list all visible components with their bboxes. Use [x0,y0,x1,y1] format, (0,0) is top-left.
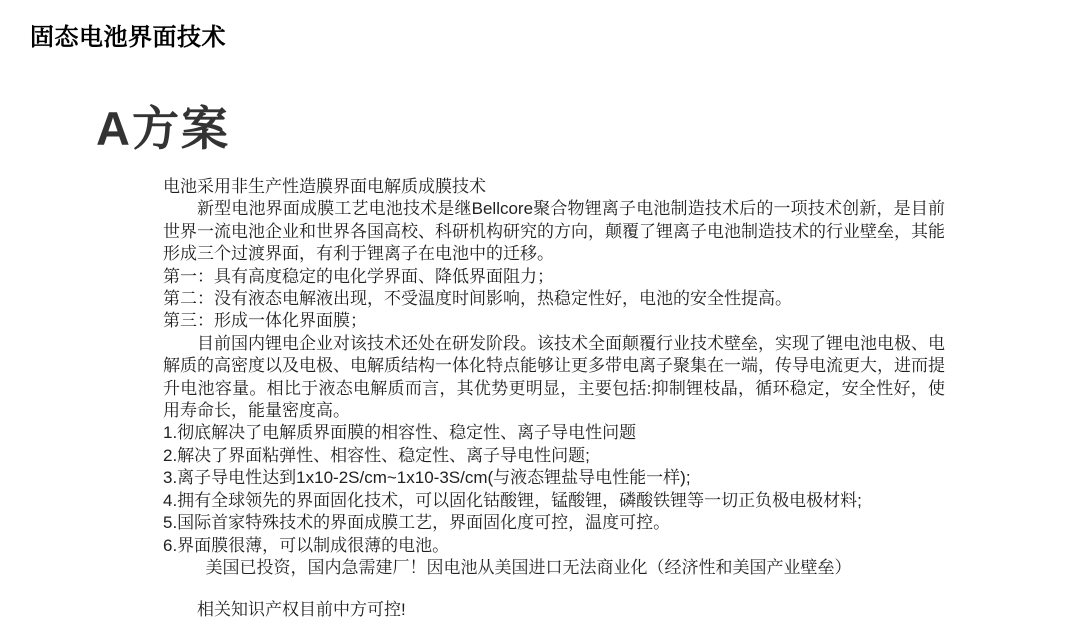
paragraph: 2.解决了界面粘弹性、相容性、稳定性、离子导电性问题; [163,445,945,467]
paragraph: 目前国内锂电企业对该技术还处在研发阶段。该技术全面颠覆行业技术壁垒，实现了锂电池… [163,333,945,423]
paragraph: 电池采用非生产性造膜界面电解质成膜技术 [163,176,945,198]
paragraph: 第二：没有液态电解液出现，不受温度时间影响，热稳定性好，电池的安全性提高。 [163,288,945,310]
document-title: 固态电池界面技术 [30,17,226,52]
paragraph: 相关知识产权目前中方可控! [163,599,945,621]
paragraph: 美国已投资，国内急需建厂！因电池从美国进口无法商业化（经济性和美国产业壁垒） [163,557,945,579]
document-page: 固态电池界面技术 A方案 电池采用非生产性造膜界面电解质成膜技术新型电池界面成膜… [0,0,1080,634]
paragraph: 第一：具有高度稳定的电化学界面、降低界面阻力； [163,266,945,288]
paragraph: 3.离子导电性达到1x10-2S/cm~1x10-3S/cm(与液态锂盐导电性能… [163,467,945,489]
body-text: 电池采用非生产性造膜界面电解质成膜技术新型电池界面成膜工艺电池技术是继Bellc… [163,176,945,622]
paragraph: 1.彻底解决了电解质界面膜的相容性、稳定性、离子导电性问题 [163,422,945,444]
paragraph: 第三：形成一体化界面膜； [163,310,945,332]
scheme-a-heading: A方案 [96,92,230,159]
paragraph: 新型电池界面成膜工艺电池技术是继Bellcore聚合物锂离子电池制造技术后的一项… [163,198,945,265]
paragraph: 4.拥有全球领先的界面固化技术，可以固化钴酸锂，锰酸锂，磷酸铁锂等一切正负极电极… [163,490,945,512]
paragraph: 5.国际首家特殊技术的界面成膜工艺，界面固化度可控，温度可控。 [163,512,945,534]
paragraph: 6.界面膜很薄，可以制成很薄的电池。 [163,535,945,557]
